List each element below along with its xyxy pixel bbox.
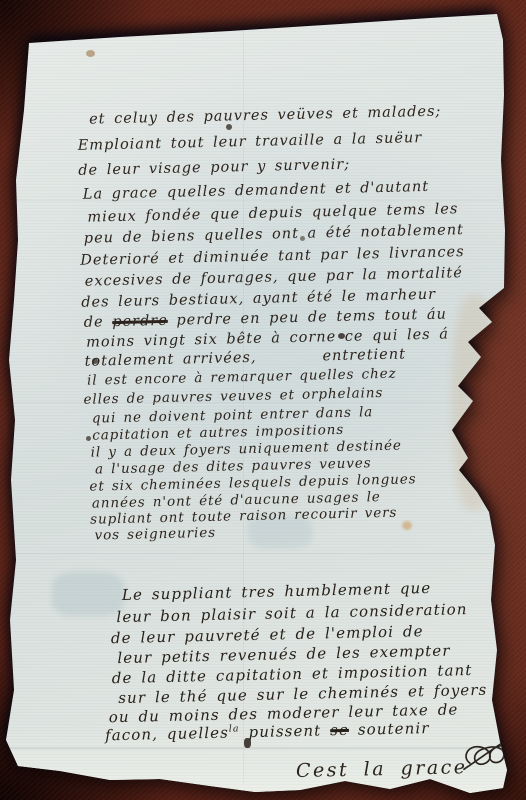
paper-shadow: et celuy des pauvres veüves et malades; … (0, 0, 526, 800)
struck-word: perdre (112, 313, 168, 330)
manuscript-line: Le suppliant tres humblement que (122, 579, 432, 604)
handwritten-text: et celuy des pauvres veüves et malades; … (0, 0, 526, 800)
manuscript-line: Emploiant tout leur travaille a la suëur (78, 130, 423, 154)
closing-phrase: Cest la grace (296, 756, 468, 782)
line-segment: de (84, 314, 113, 331)
superscript-insertion: la (229, 723, 240, 734)
manuscript-line: excesives de fourages, que par la mortal… (85, 265, 463, 290)
manuscript-line: et celuy des pauvres veüves et malades; (89, 104, 442, 128)
photograph-of-manuscript: et celuy des pauvres veüves et malades; … (0, 0, 526, 800)
line-segment: soutenir (349, 719, 430, 739)
manuscript-line: vos seigneuries (94, 525, 216, 544)
manuscript-line: de leur visage pour y survenir; (78, 157, 350, 179)
manuscript-line: peu de biens quelles ont a été notableme… (84, 222, 464, 247)
manuscript-line: La grace quelles demandent et d'autant (83, 179, 430, 203)
manuscript-line: Deterioré et diminuée tant par les livra… (80, 244, 465, 269)
line-segment: perdre en peu de tems tout áu (168, 307, 447, 329)
line-segment: facon, quelles (105, 724, 229, 745)
signature-flourish-icon (459, 732, 518, 775)
manuscript-paper: et celuy des pauvres veüves et malades; … (0, 0, 526, 800)
inserted-word: entretient (322, 346, 406, 364)
line-segment: totalement arrivées, (84, 350, 256, 370)
manuscript-line: mieux fondée que depuis quelque tems les (87, 201, 458, 225)
line-segment: puissent (239, 721, 330, 741)
struck-word: se (330, 721, 349, 739)
